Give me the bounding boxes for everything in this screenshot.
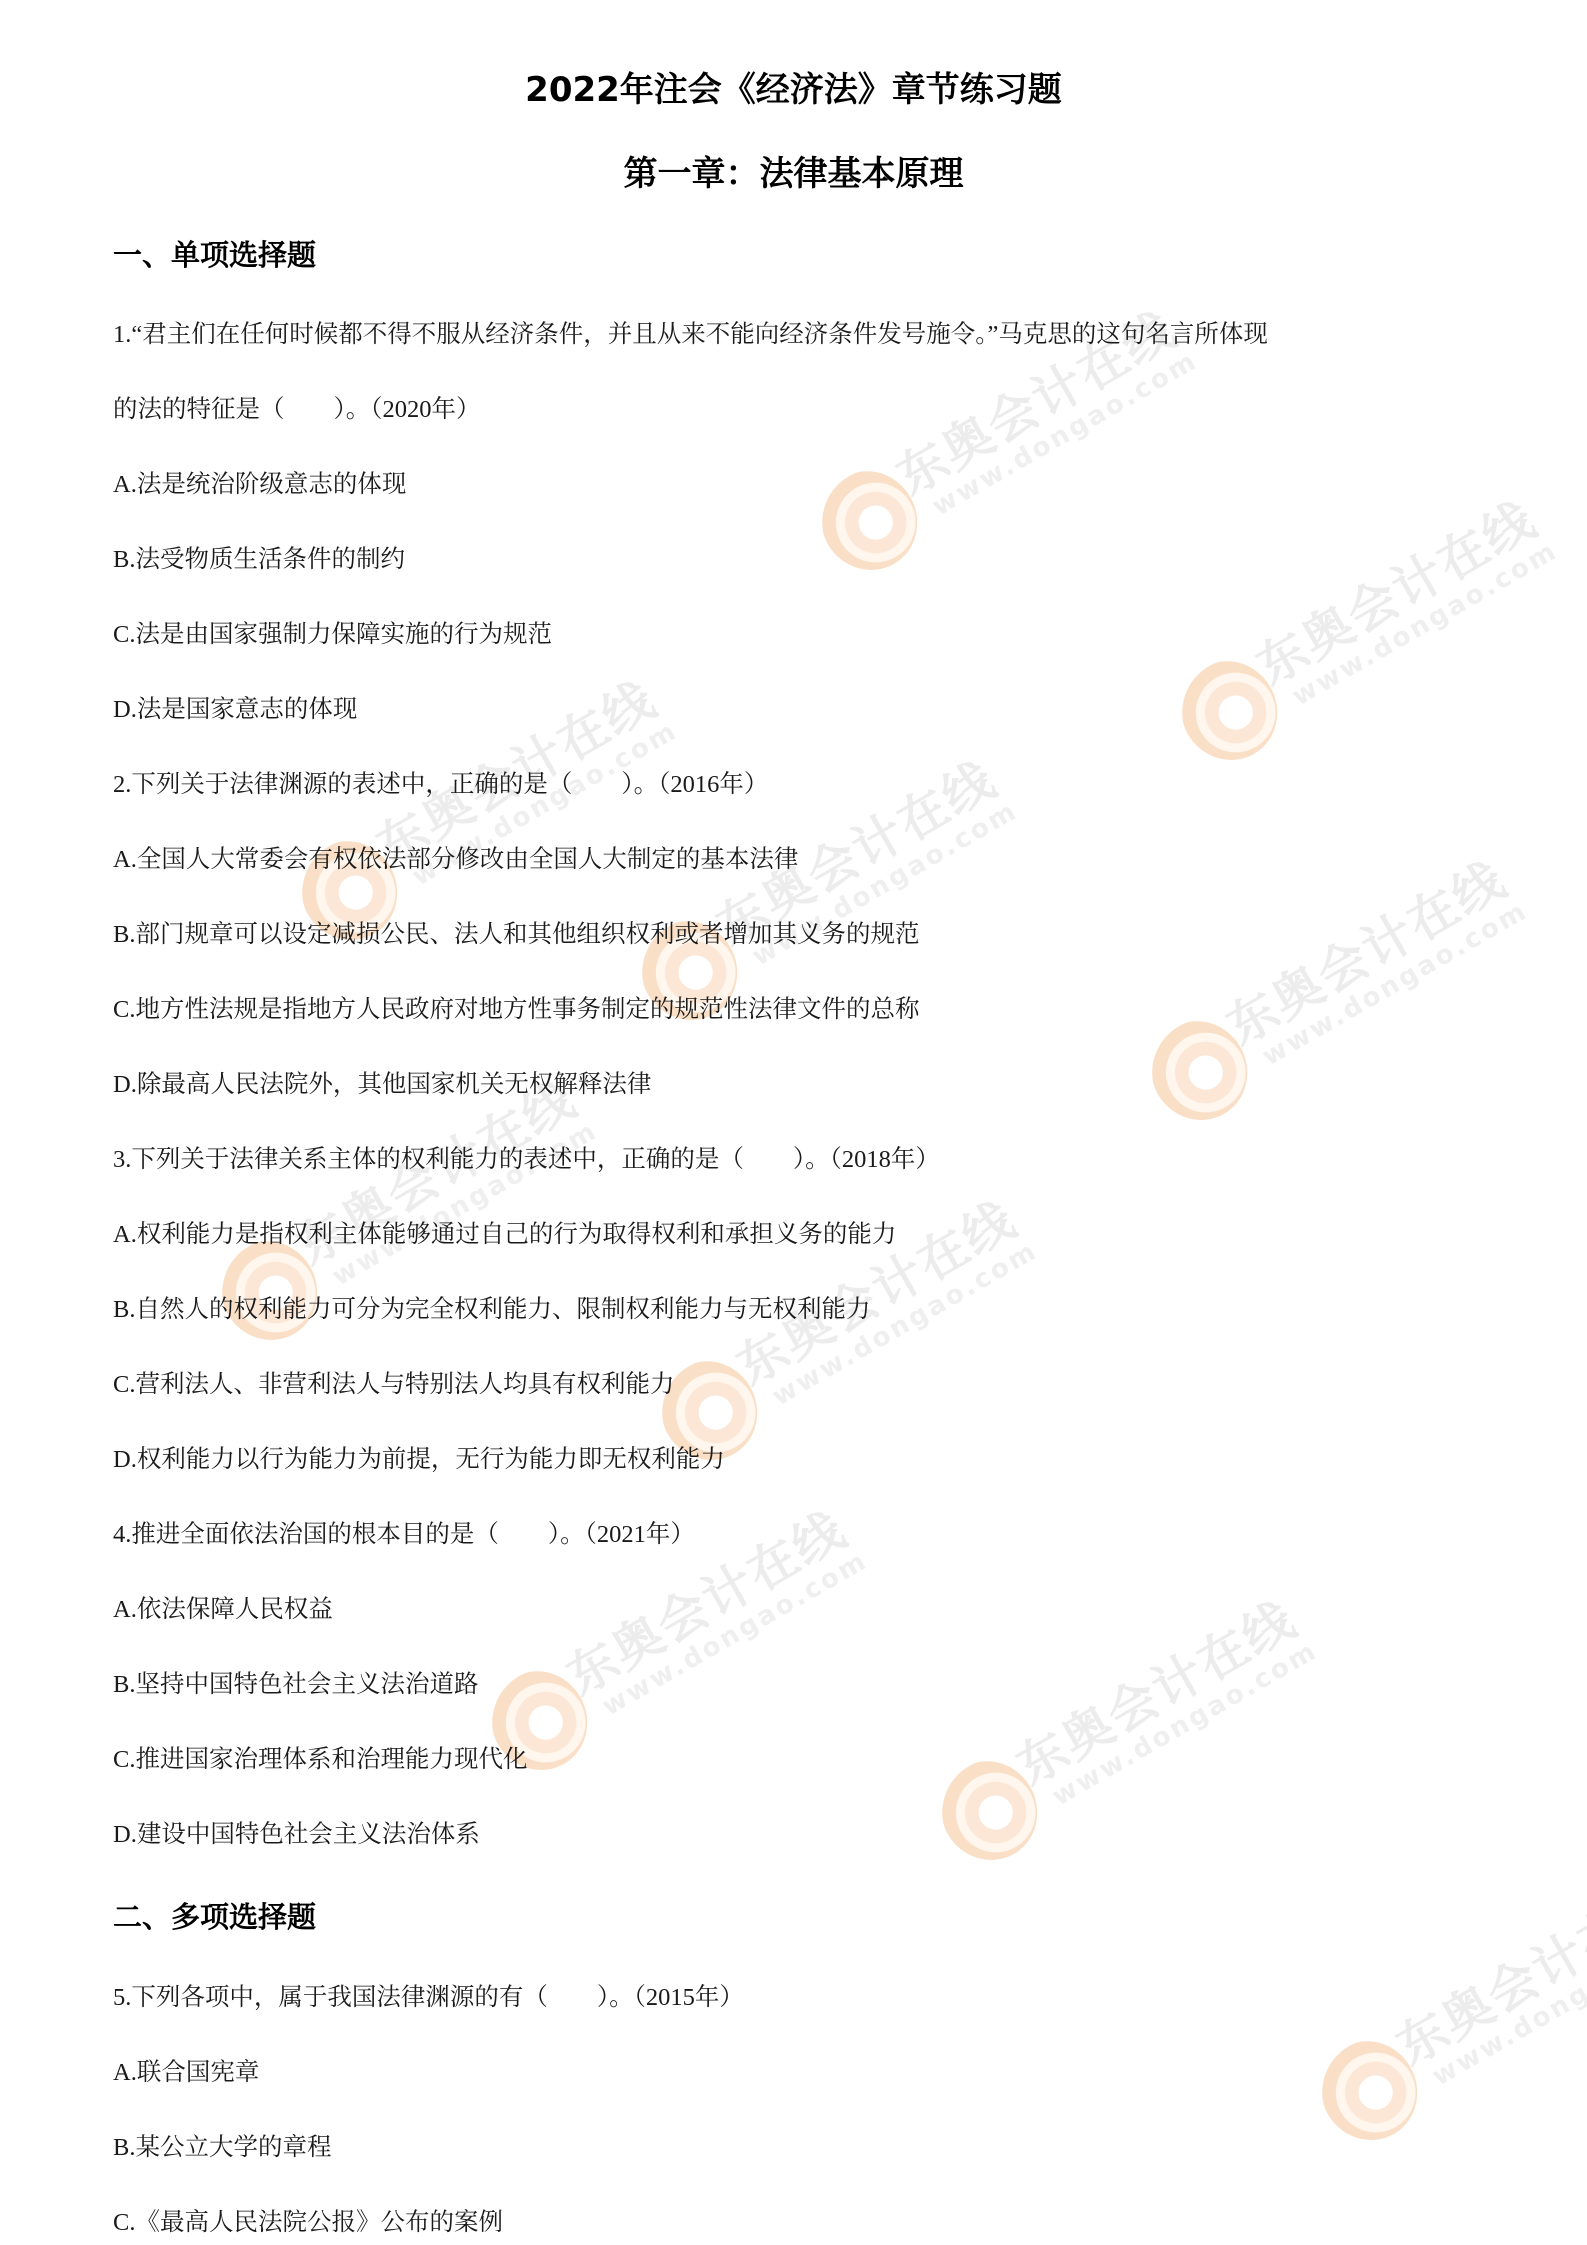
question-4-option-a: A.依法保障人民权益 <box>113 1590 333 1625</box>
watermark-logo-icon <box>1303 2024 1435 2158</box>
watermark: 东奥会计在线 www.dongao.com <box>438 1450 882 1839</box>
question-2-option-a: A.全国人大常委会有权依法部分修改由全国人大制定的基本法律 <box>113 840 798 875</box>
watermark: 东奥会计在线 www.dongao.com <box>588 700 1032 1089</box>
question-3-option-b: B.自然人的权利能力可分为完全权利能力、限制权利能力与无权利能力 <box>113 1290 870 1325</box>
watermark: 东奥会计在线 www.dongao.com <box>888 1540 1332 1929</box>
watermark-logo-icon <box>1133 1004 1265 1138</box>
question-5-option-a: A.联合国宪章 <box>113 2053 259 2088</box>
question-4-stem: 4.推进全面依法治国的根本目的是（ ）。（2021年） <box>113 1515 695 1550</box>
watermark-logo-icon <box>1163 644 1295 778</box>
watermark: 东奥会计在线 www.dongao.com <box>248 620 692 1009</box>
question-4-option-d: D.建设中国特色社会主义法治体系 <box>113 1815 480 1850</box>
question-5-stem: 5.下列各项中，属于我国法律渊源的有（ ）。（2015年） <box>113 1978 744 2013</box>
question-2-stem: 2.下列关于法律渊源的表述中，正确的是（ ）。（2016年） <box>113 765 768 800</box>
question-1-option-c: C.法是由国家强制力保障实施的行为规范 <box>113 615 552 650</box>
watermark: 东奥会计在线 www.dongao.com <box>1128 440 1572 829</box>
question-1-option-b: B.法受物质生活条件的制约 <box>113 540 405 575</box>
watermark-logo-icon <box>923 1744 1055 1878</box>
question-2-option-d: D.除最高人民法院外，其他国家机关无权解释法律 <box>113 1065 651 1100</box>
question-3-option-a: A.权利能力是指权利主体能够通过自己的行为取得权利和承担义务的能力 <box>113 1215 896 1250</box>
question-4-option-b: B.坚持中国特色社会主义法治道路 <box>113 1665 478 1700</box>
section-heading-single-choice: 一、单项选择题 <box>113 233 316 274</box>
question-3-option-c: C.营利法人、非营利法人与特别法人均具有权利能力 <box>113 1365 674 1400</box>
question-1-option-a: A.法是统治阶级意志的体现 <box>113 465 406 500</box>
question-3-stem: 3.下列关于法律关系主体的权利能力的表述中，正确的是（ ）。（2018年） <box>113 1140 940 1175</box>
watermark: 东奥会计在线 www.dongao.com <box>768 250 1212 639</box>
question-1-stem-cont: 的法的特征是（ ）。（2020年） <box>113 390 481 425</box>
question-3-option-d: D.权利能力以行为能力为前提，无行为能力即无权利能力 <box>113 1440 725 1475</box>
watermark: 东奥会计在线 www.dongao.com <box>1268 1820 1587 2209</box>
document-page: 东奥会计在线 www.dongao.com 东奥会计在线 www.dongao.… <box>0 0 1587 2245</box>
question-2-option-b: B.部门规章可以设定减损公民、法人和其他组织权利或者增加其义务的规范 <box>113 915 919 950</box>
watermark: 东奥会计在线 www.dongao.com <box>1098 800 1542 1189</box>
document-title: 2022年注会《经济法》章节练习题 <box>0 62 1587 111</box>
question-2-option-c: C.地方性法规是指地方人民政府对地方性事务制定的规范性法律文件的总称 <box>113 990 919 1025</box>
question-5-option-b: B.某公立大学的章程 <box>113 2128 331 2163</box>
question-5-option-c: C.《最高人民法院公报》公布的案例 <box>113 2203 503 2238</box>
question-4-option-c: C.推进国家治理体系和治理能力现代化 <box>113 1740 527 1775</box>
question-1-option-d: D.法是国家意志的体现 <box>113 690 357 725</box>
question-1-stem: 1.“君主们在任何时候都不得不服从经济条件，并且从来不能向经济条件发号施令。”马… <box>113 315 1268 350</box>
watermark-logo-icon <box>803 454 935 588</box>
chapter-title: 第一章：法律基本原理 <box>0 146 1587 195</box>
section-heading-multiple-choice: 二、多项选择题 <box>113 1895 316 1936</box>
